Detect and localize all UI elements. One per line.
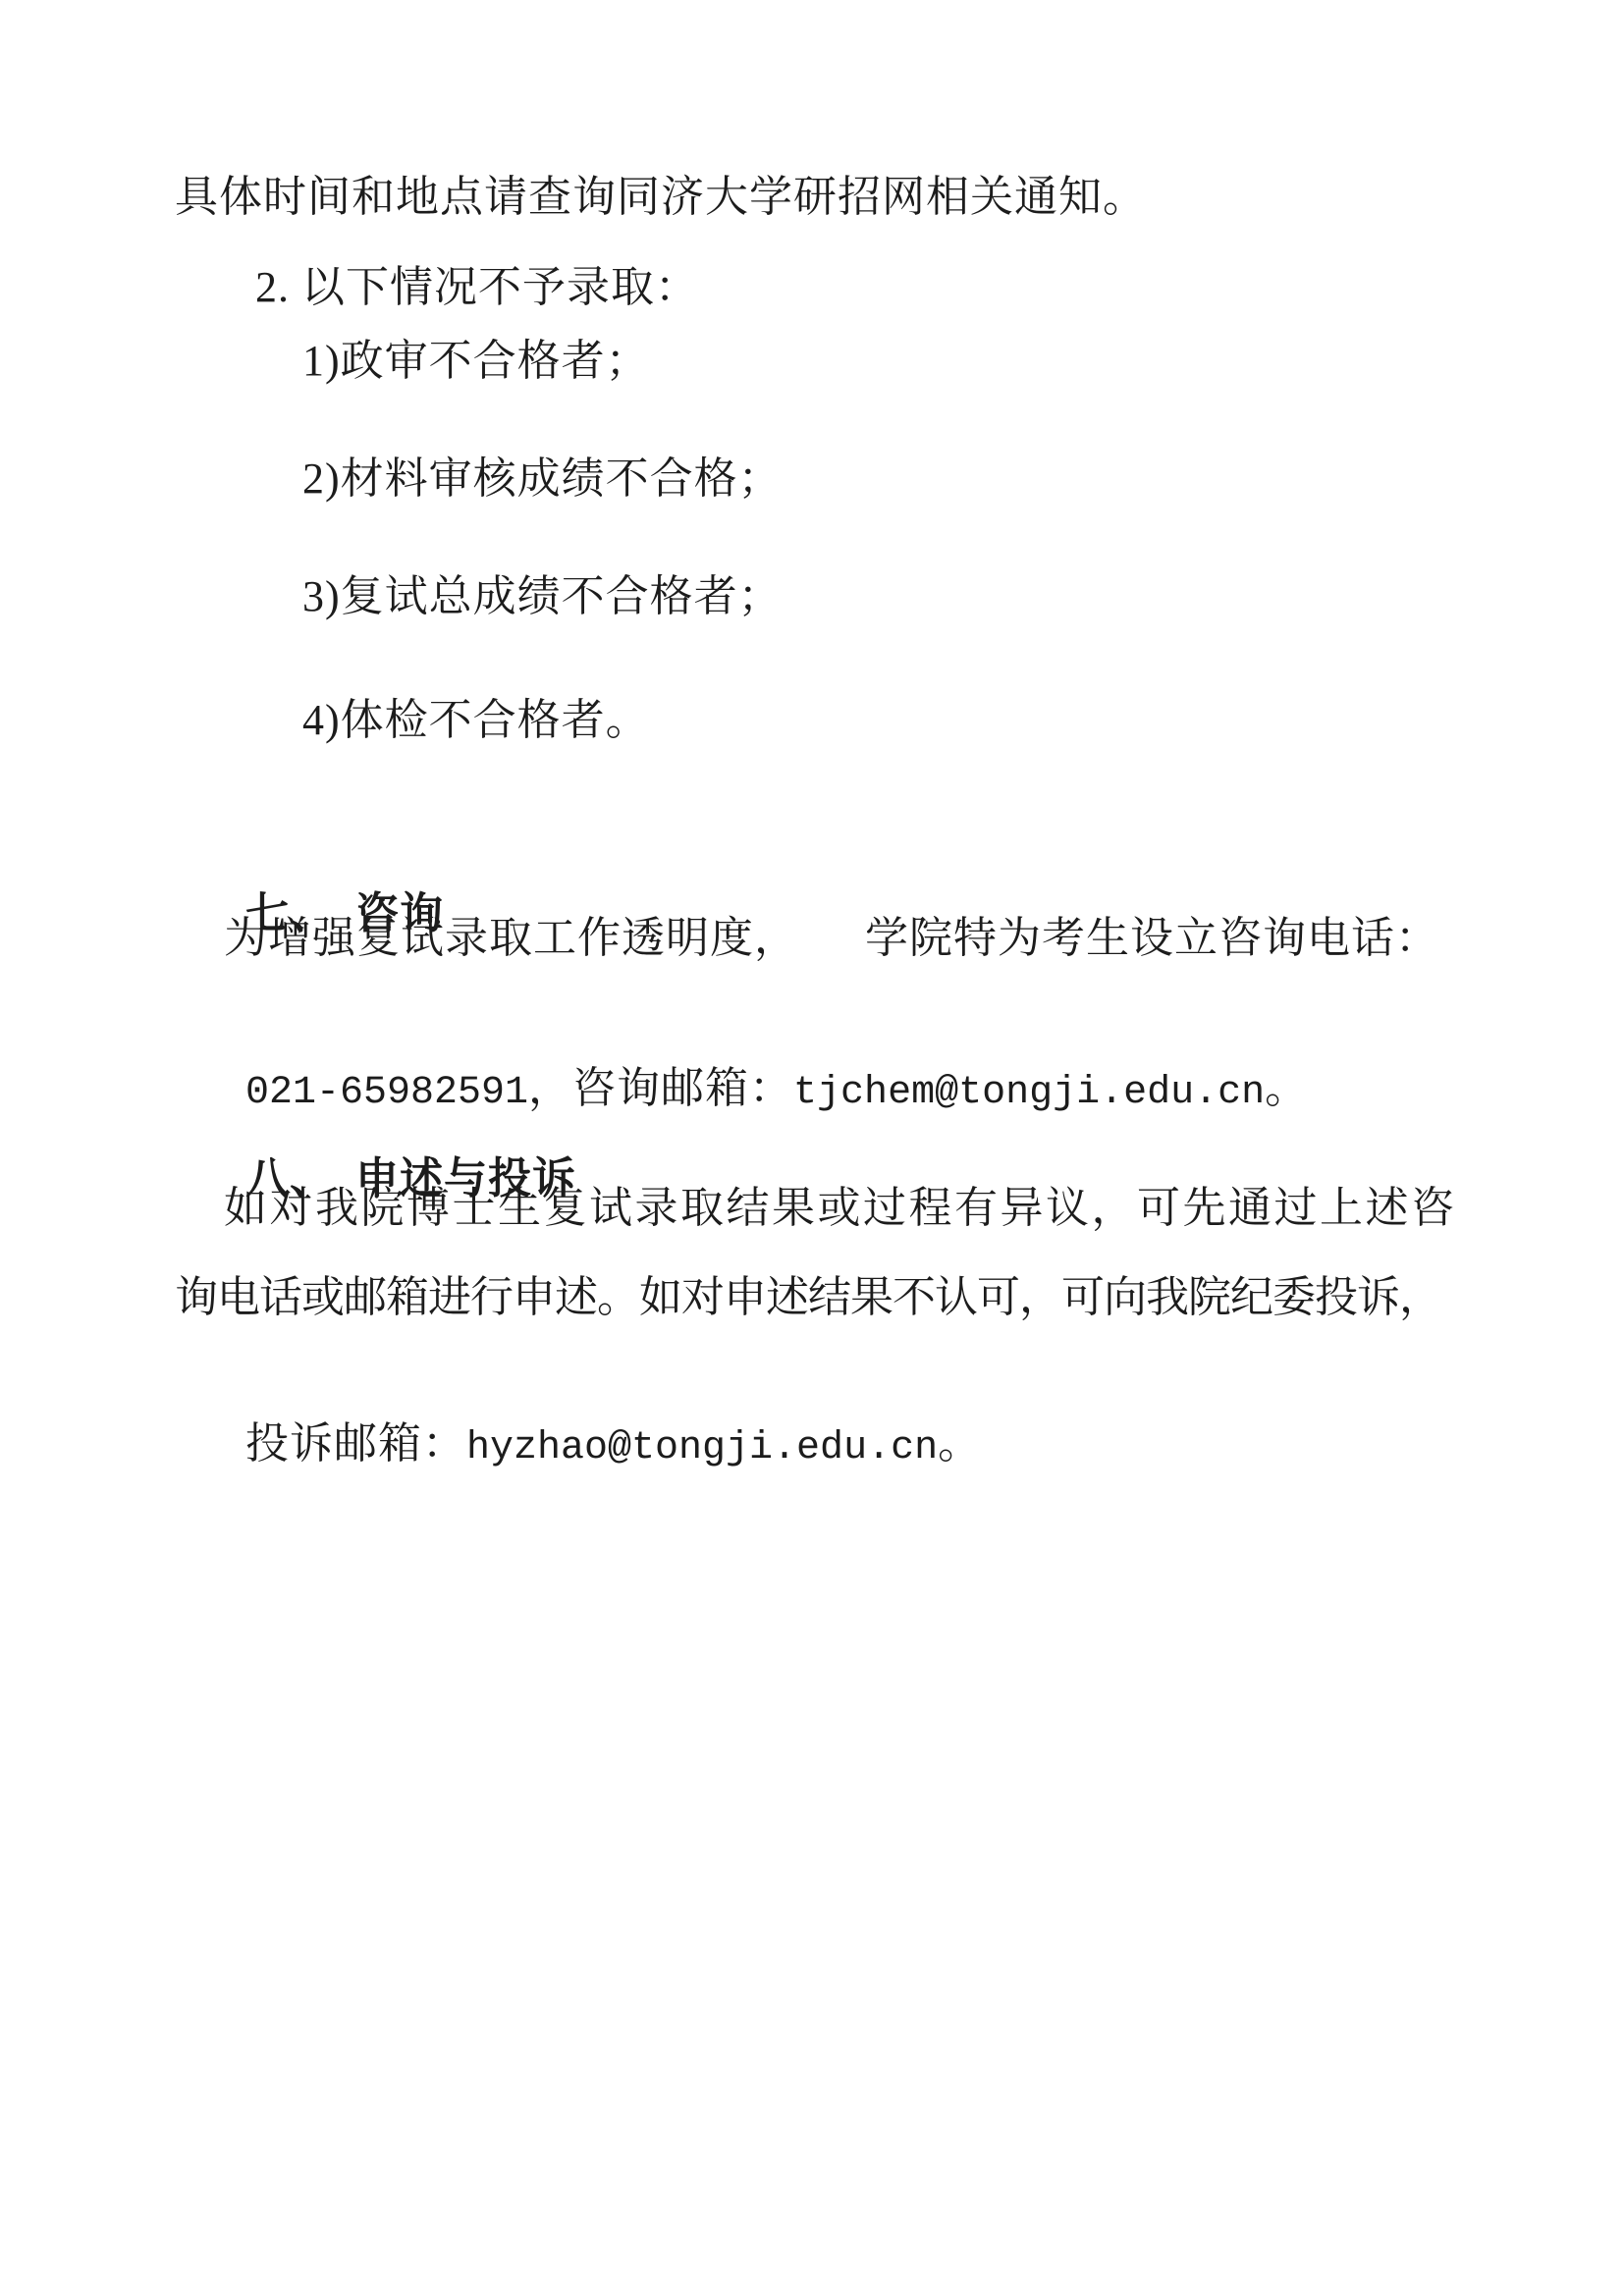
reject-list-heading: 2. 以下情况不予录取： (175, 259, 1447, 316)
section8-body-line3: 投诉邮箱：hyzhao@tongji.edu.cn。 (175, 1359, 1447, 1415)
consult-email-address: tjchem@tongji.edu.cn (793, 1071, 1265, 1115)
section8-body-line1: 如对我院博士生复试录取结果或过程有异议，可先通过上述咨 (175, 1180, 1447, 1237)
section8-body-line2: 询电话或邮箱进行申述。如对申述结果不认可，可向我院纪委投诉， (175, 1269, 1447, 1326)
complaint-email-label: 投诉邮箱： (245, 1419, 466, 1468)
reject-item-1: 1)政审不合格者； (175, 333, 1447, 390)
section7-body-line2: 021-65982591，咨询邮箱：tjchem@tongji.edu.cn。 (175, 1003, 1447, 1060)
complaint-email-address: hyzhao@tongji.edu.cn (466, 1426, 938, 1470)
reject-item-2: 2)材料审核成绩不合格； (175, 451, 1447, 507)
reject-item-4: 4)体检不合格者。 (175, 692, 1447, 749)
complaint-line-end: 。 (938, 1419, 982, 1468)
document-page: 具体时间和地点请查询同济大学研招网相关通知。 2. 以下情况不予录取： 1)政审… (0, 0, 1624, 2296)
reject-item-3: 3)复试总成绩不合格者； (175, 568, 1447, 625)
section7-heading: 七、咨询 (175, 828, 1447, 885)
consult-line-end: 。 (1265, 1064, 1309, 1112)
section7-body-line1: 为增强复试录取工作透明度， 学院特为考生设立咨询电话： (175, 910, 1447, 967)
document-content: 具体时间和地点请查询同济大学研招网相关通知。 2. 以下情况不予录取： 1)政审… (175, 0, 1447, 1415)
consult-phone-number: 021-65982591 (245, 1071, 528, 1115)
notice-continuation-line: 具体时间和地点请查询同济大学研招网相关通知。 (175, 169, 1447, 226)
consult-email-label: ，咨询邮箱： (528, 1064, 793, 1112)
